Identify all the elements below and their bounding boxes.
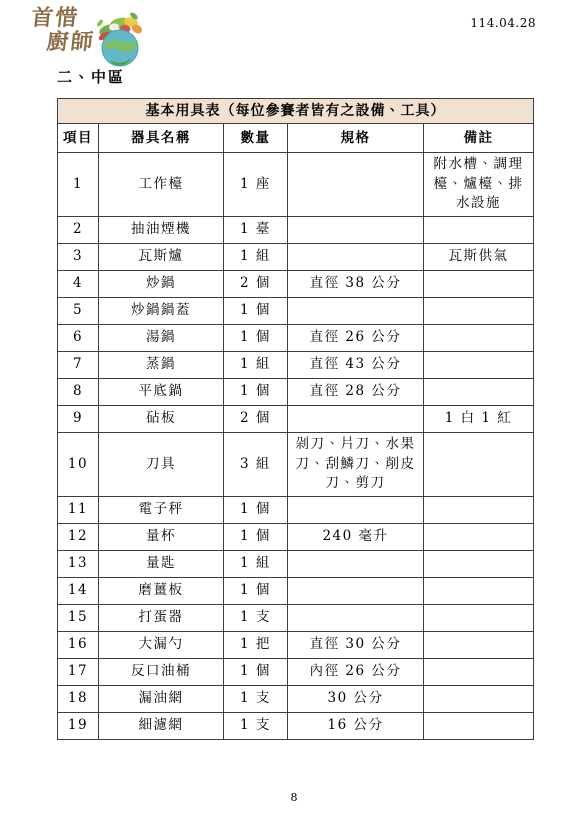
cell-item-no: 4	[58, 270, 99, 297]
cell-item-no: 19	[58, 712, 99, 739]
cell-spec	[288, 550, 424, 577]
cell-item-no: 8	[58, 378, 99, 405]
cell-item-no: 6	[58, 324, 99, 351]
cell-equipment-name: 炒鍋	[99, 270, 224, 297]
cell-equipment-name: 磨薑板	[99, 577, 224, 604]
cell-quantity: 1 個	[224, 523, 288, 550]
cell-note	[424, 685, 534, 712]
cell-note	[424, 604, 534, 631]
table-row: 16 大漏勺 1 把 直徑 30 公分	[58, 631, 534, 658]
cell-note	[424, 658, 534, 685]
cell-quantity: 1 組	[224, 351, 288, 378]
table-row: 12 量杯 1 個 240 毫升	[58, 523, 534, 550]
cell-item-no: 13	[58, 550, 99, 577]
table-row: 3 瓦斯爐 1 組 瓦斯供氣	[58, 243, 534, 270]
cell-item-no: 1	[58, 153, 99, 217]
cell-item-no: 3	[58, 243, 99, 270]
cell-note	[424, 577, 534, 604]
cell-spec: 直徑 28 公分	[288, 378, 424, 405]
table-row: 1 工作檯 1 座 附水槽、調理檯、爐檯、排水設施	[58, 153, 534, 217]
column-header-note: 備註	[424, 124, 534, 153]
cell-equipment-name: 蒸鍋	[99, 351, 224, 378]
table-row: 4 炒鍋 2 個 直徑 38 公分	[58, 270, 534, 297]
cell-note	[424, 324, 534, 351]
cell-item-no: 5	[58, 297, 99, 324]
column-header-name: 器具名稱	[99, 124, 224, 153]
cell-equipment-name: 打蛋器	[99, 604, 224, 631]
cell-item-no: 2	[58, 216, 99, 243]
section-heading: 二、中區	[57, 66, 125, 87]
cell-quantity: 1 組	[224, 243, 288, 270]
cell-spec	[288, 153, 424, 217]
cell-equipment-name: 刀具	[99, 432, 224, 496]
cell-note	[424, 631, 534, 658]
cell-spec	[288, 243, 424, 270]
brand-logo: 首惜 廚師	[30, 6, 148, 68]
cell-quantity: 1 支	[224, 712, 288, 739]
cell-spec	[288, 577, 424, 604]
cell-note	[424, 432, 534, 496]
table-row: 6 湯鍋 1 個 直徑 26 公分	[58, 324, 534, 351]
cell-spec: 240 毫升	[288, 523, 424, 550]
table-row: 8 平底鍋 1 個 直徑 28 公分	[58, 378, 534, 405]
cell-quantity: 1 個	[224, 577, 288, 604]
cell-note	[424, 297, 534, 324]
equipment-table: 基本用具表（每位參賽者皆有之設備、工具） 項目 器具名稱 數量 規格 備註 1 …	[57, 98, 534, 740]
cell-quantity: 3 組	[224, 432, 288, 496]
cell-quantity: 1 個	[224, 658, 288, 685]
cell-equipment-name: 量匙	[99, 550, 224, 577]
cell-quantity: 1 個	[224, 496, 288, 523]
cell-spec: 直徑 38 公分	[288, 270, 424, 297]
document-date: 114.04.28	[470, 16, 536, 30]
cell-spec	[288, 496, 424, 523]
table-row: 19 細濾網 1 支 16 公分	[58, 712, 534, 739]
cell-note	[424, 496, 534, 523]
cell-note	[424, 378, 534, 405]
cell-item-no: 14	[58, 577, 99, 604]
cell-equipment-name: 量杯	[99, 523, 224, 550]
page-number: 8	[0, 791, 588, 804]
cell-item-no: 12	[58, 523, 99, 550]
cell-note	[424, 270, 534, 297]
table-row: 14 磨薑板 1 個	[58, 577, 534, 604]
cell-quantity: 1 座	[224, 153, 288, 217]
table-row: 11 電子秤 1 個	[58, 496, 534, 523]
cell-spec	[288, 604, 424, 631]
cell-equipment-name: 炒鍋鍋蓋	[99, 297, 224, 324]
cell-quantity: 1 把	[224, 631, 288, 658]
cell-equipment-name: 反口油桶	[99, 658, 224, 685]
cell-item-no: 9	[58, 405, 99, 432]
cell-item-no: 16	[58, 631, 99, 658]
cell-quantity: 2 個	[224, 405, 288, 432]
column-header-spec: 規格	[288, 124, 424, 153]
cell-note	[424, 351, 534, 378]
table-row: 10 刀具 3 組 剁刀、片刀、水果刀、刮鱗刀、削皮刀、剪刀	[58, 432, 534, 496]
cell-spec: 直徑 26 公分	[288, 324, 424, 351]
cell-spec: 直徑 30 公分	[288, 631, 424, 658]
cell-equipment-name: 抽油煙機	[99, 216, 224, 243]
logo-text-line2: 廚師	[45, 30, 96, 54]
logo-text-line1: 首惜	[30, 5, 81, 31]
cell-equipment-name: 電子秤	[99, 496, 224, 523]
cell-item-no: 11	[58, 496, 99, 523]
cell-spec	[288, 216, 424, 243]
cell-note	[424, 712, 534, 739]
column-header-item: 項目	[58, 124, 99, 153]
cell-quantity: 1 個	[224, 324, 288, 351]
cell-equipment-name: 工作檯	[99, 153, 224, 217]
cell-item-no: 10	[58, 432, 99, 496]
cell-quantity: 1 臺	[224, 216, 288, 243]
cell-equipment-name: 細濾網	[99, 712, 224, 739]
cell-quantity: 1 個	[224, 378, 288, 405]
cell-equipment-name: 漏油網	[99, 685, 224, 712]
globe-with-vegetables-icon	[90, 8, 148, 68]
cell-note	[424, 216, 534, 243]
table-row: 15 打蛋器 1 支	[58, 604, 534, 631]
table-row: 18 漏油網 1 支 30 公分	[58, 685, 534, 712]
cell-spec	[288, 405, 424, 432]
cell-spec: 30 公分	[288, 685, 424, 712]
cell-quantity: 1 組	[224, 550, 288, 577]
table-title-row: 基本用具表（每位參賽者皆有之設備、工具）	[58, 99, 534, 124]
table-title: 基本用具表（每位參賽者皆有之設備、工具）	[58, 99, 534, 124]
cell-spec: 剁刀、片刀、水果刀、刮鱗刀、削皮刀、剪刀	[288, 432, 424, 496]
cell-note	[424, 523, 534, 550]
cell-note: 附水槽、調理檯、爐檯、排水設施	[424, 153, 534, 217]
table-row: 7 蒸鍋 1 組 直徑 43 公分	[58, 351, 534, 378]
table-row: 5 炒鍋鍋蓋 1 個	[58, 297, 534, 324]
cell-note	[424, 550, 534, 577]
table-header-row: 項目 器具名稱 數量 規格 備註	[58, 124, 534, 153]
cell-quantity: 1 支	[224, 685, 288, 712]
cell-item-no: 15	[58, 604, 99, 631]
column-header-qty: 數量	[224, 124, 288, 153]
cell-note: 瓦斯供氣	[424, 243, 534, 270]
table-row: 2 抽油煙機 1 臺	[58, 216, 534, 243]
cell-equipment-name: 瓦斯爐	[99, 243, 224, 270]
equipment-table-body: 1 工作檯 1 座 附水槽、調理檯、爐檯、排水設施 2 抽油煙機 1 臺 3 瓦…	[58, 153, 534, 739]
cell-spec: 直徑 43 公分	[288, 351, 424, 378]
cell-quantity: 1 個	[224, 297, 288, 324]
table-row: 13 量匙 1 組	[58, 550, 534, 577]
cell-quantity: 1 支	[224, 604, 288, 631]
table-row: 17 反口油桶 1 個 內徑 26 公分	[58, 658, 534, 685]
table-row: 9 砧板 2 個 1 白 1 紅	[58, 405, 534, 432]
cell-equipment-name: 平底鍋	[99, 378, 224, 405]
logo-text: 首惜 廚師	[27, 6, 98, 54]
cell-item-no: 17	[58, 658, 99, 685]
cell-equipment-name: 砧板	[99, 405, 224, 432]
cell-item-no: 7	[58, 351, 99, 378]
cell-note: 1 白 1 紅	[424, 405, 534, 432]
cell-spec	[288, 297, 424, 324]
cell-item-no: 18	[58, 685, 99, 712]
cell-spec: 內徑 26 公分	[288, 658, 424, 685]
document-page: 首惜 廚師 114.04.28 二、中區	[0, 0, 588, 831]
cell-quantity: 2 個	[224, 270, 288, 297]
cell-equipment-name: 湯鍋	[99, 324, 224, 351]
cell-equipment-name: 大漏勺	[99, 631, 224, 658]
cell-spec: 16 公分	[288, 712, 424, 739]
